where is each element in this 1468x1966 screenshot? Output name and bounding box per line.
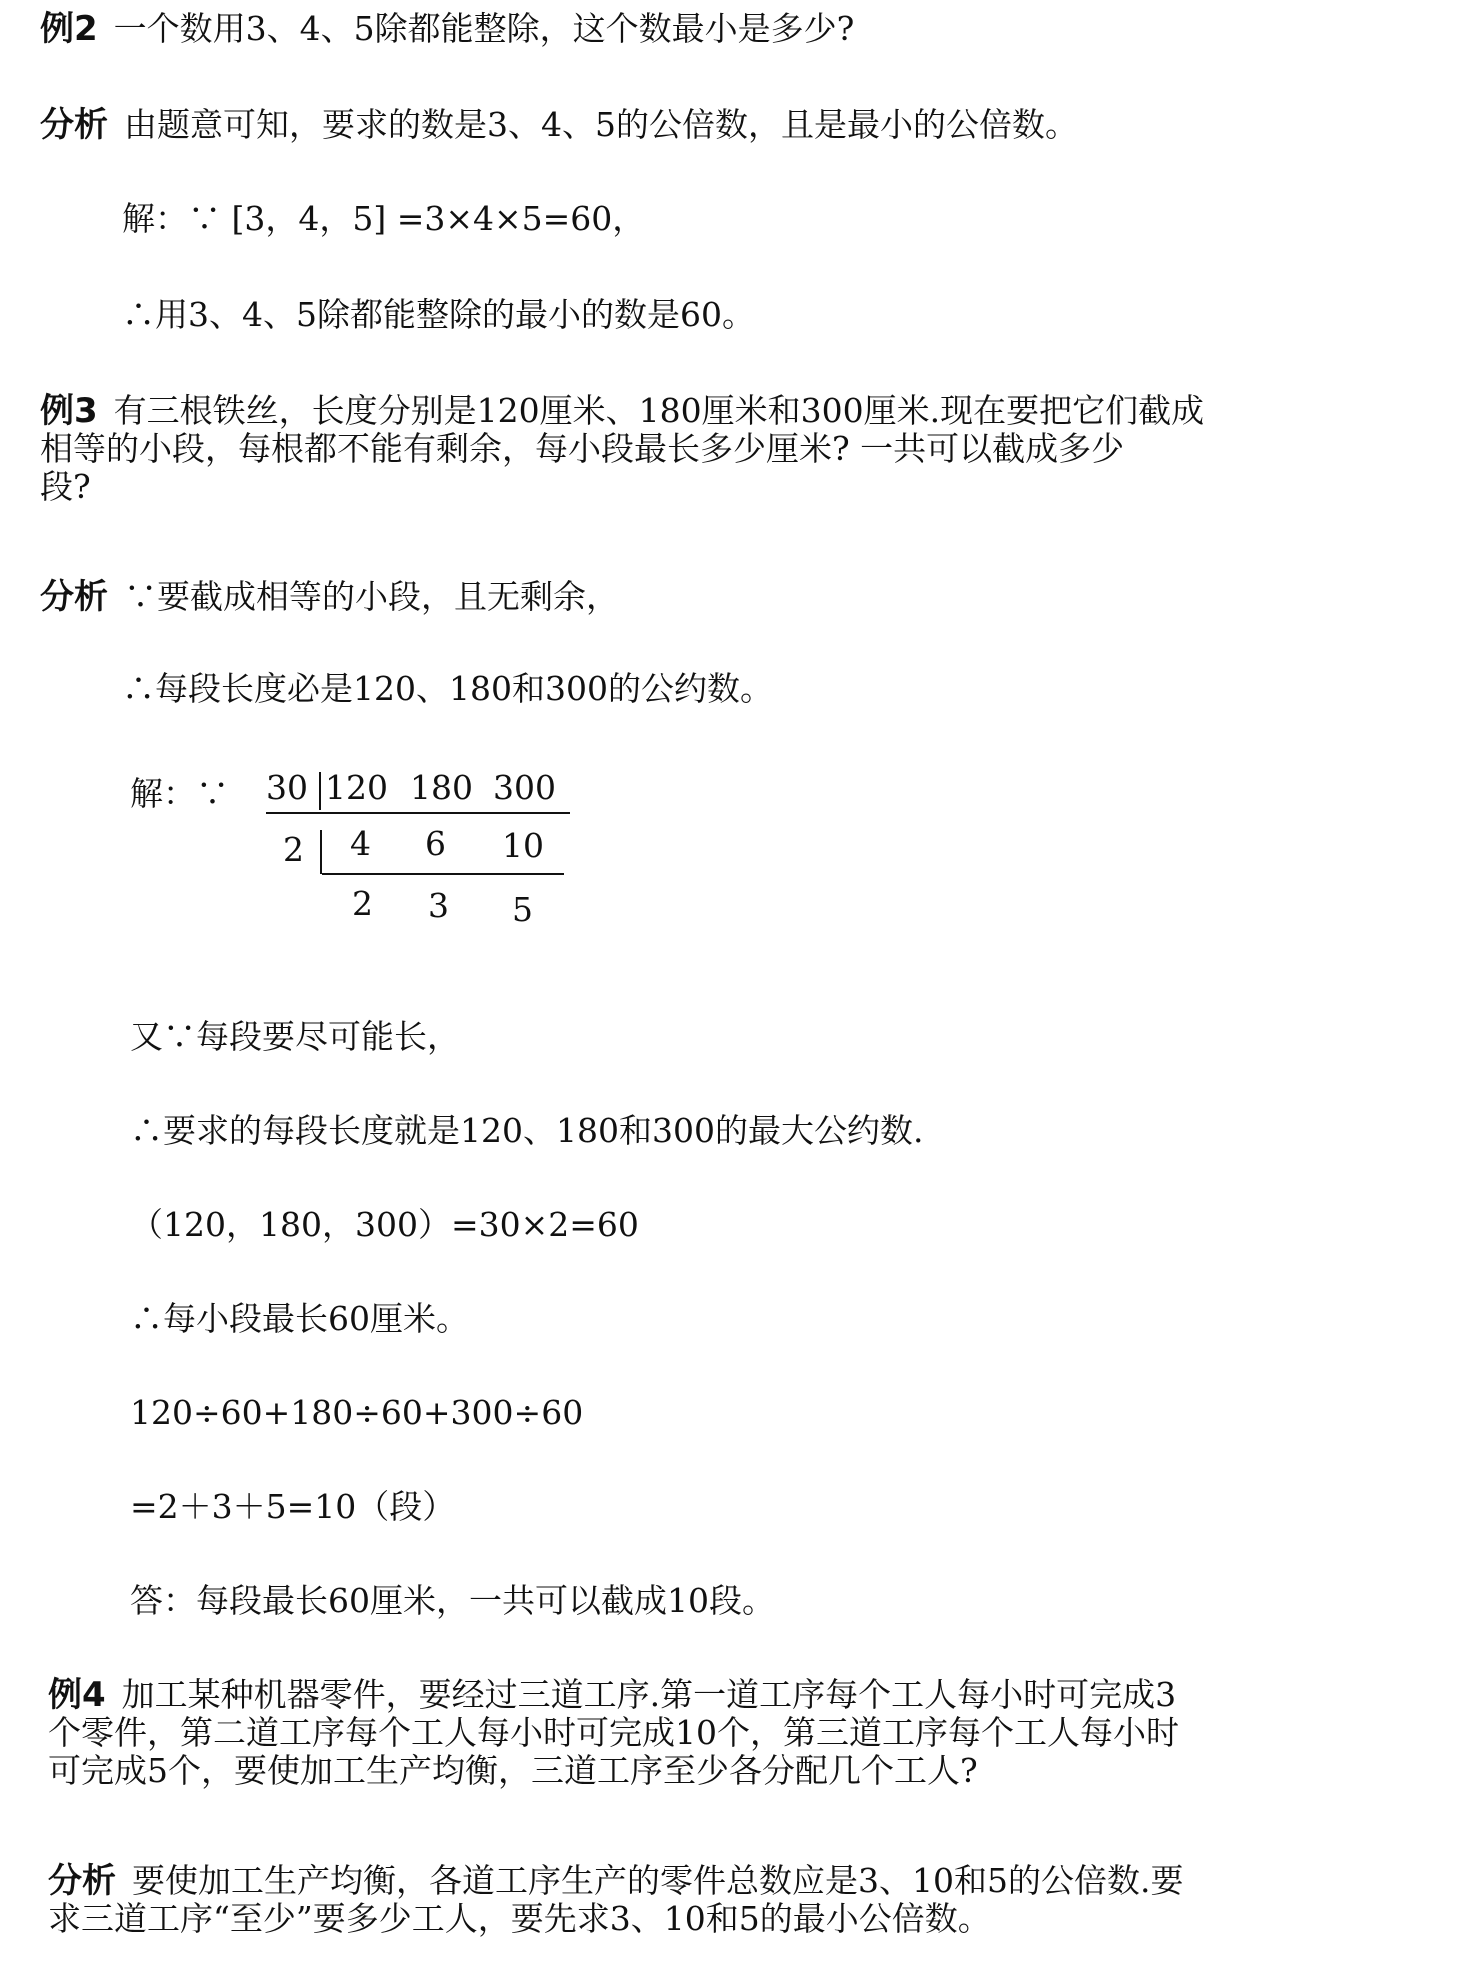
example2-analysis: 分析由题意可知，要求的数是3、4、5的公倍数，且是最小的公倍数。 (40, 106, 1078, 144)
example3-step-3: （120，180，300）=30×2=60 (130, 1206, 639, 1244)
example3-step-4: ∴每小段最长60厘米。 (130, 1300, 469, 1338)
example2-analysis-label: 分析 (40, 105, 108, 145)
example3-analysis: 分析∵要截成相等的小段，且无剩余， (40, 578, 619, 616)
quotient-10: 10 (502, 826, 544, 865)
example3-question-line-3: 段? (40, 468, 1204, 506)
example4-question-line-3: 可完成5个，要使加工生产均衡，三道工序至少各分配几个工人? (48, 1752, 1179, 1790)
division-bar-1 (319, 772, 321, 810)
example3-question-row: 例3有三根铁丝，长度分别是120厘米、180厘米和300厘米.现在要把它们截成 (40, 392, 1204, 430)
result-3: 3 (428, 886, 449, 925)
example4-question-row: 例4加工某种机器零件，要经过三道工序.第一道工序每个工人每小时可完成3 (48, 1676, 1179, 1714)
example3-label: 例3 (40, 391, 98, 431)
dividend-180: 180 (410, 768, 473, 807)
example2-analysis-text: 由题意可知，要求的数是3、4、5的公倍数，且是最小的公倍数。 (124, 105, 1078, 144)
example3-question: 例3有三根铁丝，长度分别是120厘米、180厘米和300厘米.现在要把它们截成 … (40, 392, 1204, 506)
example4-analysis-row: 分析要使加工生产均衡，各道工序生产的零件总数应是3、10和5的公倍数.要 (48, 1862, 1183, 1900)
example4-question: 例4加工某种机器零件，要经过三道工序.第一道工序每个工人每小时可完成3 个零件，… (48, 1676, 1179, 1790)
example4-analysis-line-1: 要使加工生产均衡，各道工序生产的零件总数应是3、10和5的公倍数.要 (132, 1861, 1183, 1900)
example2-question: 例2一个数用3、4、5除都能整除，这个数最小是多少? (40, 10, 854, 48)
example3-analysis-label: 分析 (40, 577, 108, 617)
quotient-6: 6 (425, 824, 446, 863)
example3-step-6: =2＋3＋5=10（段） (130, 1488, 455, 1526)
example4-label: 例4 (48, 1675, 106, 1715)
example2-solution-line-1: 解：∵ [3，4，5] =3×4×5=60， (122, 200, 645, 238)
example3-step-1: 又∵每段要尽可能长， (130, 1018, 460, 1056)
example3-step-5: 120÷60+180÷60+300÷60 (130, 1394, 583, 1432)
division-line-1 (266, 812, 570, 814)
example4-analysis-line-2: 求三道工序“至少”要多少工人，要先求3、10和5的最小公倍数。 (48, 1900, 1183, 1938)
divisor-2: 2 (283, 830, 304, 869)
example3-answer: 答：每段最长60厘米，一共可以截成10段。 (130, 1582, 775, 1620)
example3-analysis-text: ∵要截成相等的小段，且无剩余， (124, 577, 619, 616)
example4-analysis-label: 分析 (48, 1861, 116, 1901)
example2-solution-line-2: ∴用3、4、5除都能整除的最小的数是60。 (122, 296, 755, 334)
quotient-4: 4 (350, 824, 371, 863)
division-bar-2 (320, 830, 322, 874)
dividend-120: 120 (325, 768, 388, 807)
example4-question-line-2: 个零件，第二道工序每个工人每小时可完成10个，第三道工序每个工人每小时 (48, 1714, 1179, 1752)
example2-label: 例2 (40, 9, 98, 49)
divisor-1: 30 (266, 768, 308, 807)
example3-analysis-line-2: ∴每段长度必是120、180和300的公约数。 (122, 670, 773, 708)
example4-question-line-1: 加工某种机器零件，要经过三道工序.第一道工序每个工人每小时可完成3 (122, 1675, 1177, 1714)
example3-question-line-2: 相等的小段，每根都不能有剩余，每小段最长多少厘米? 一共可以截成多少 (40, 430, 1204, 468)
example4-analysis: 分析要使加工生产均衡，各道工序生产的零件总数应是3、10和5的公倍数.要 求三道… (48, 1862, 1183, 1938)
dividend-300: 300 (493, 768, 556, 807)
result-5: 5 (512, 890, 533, 929)
example3-question-line-1: 有三根铁丝，长度分别是120厘米、180厘米和300厘米.现在要把它们截成 (114, 391, 1204, 430)
solution-prefix: 解：∵ (130, 768, 229, 815)
example3-step-2: ∴要求的每段长度就是120、180和300的最大公约数. (130, 1112, 923, 1150)
result-2: 2 (352, 884, 373, 923)
division-line-2 (322, 873, 564, 875)
example2-question-text: 一个数用3、4、5除都能整除，这个数最小是多少? (114, 9, 855, 48)
